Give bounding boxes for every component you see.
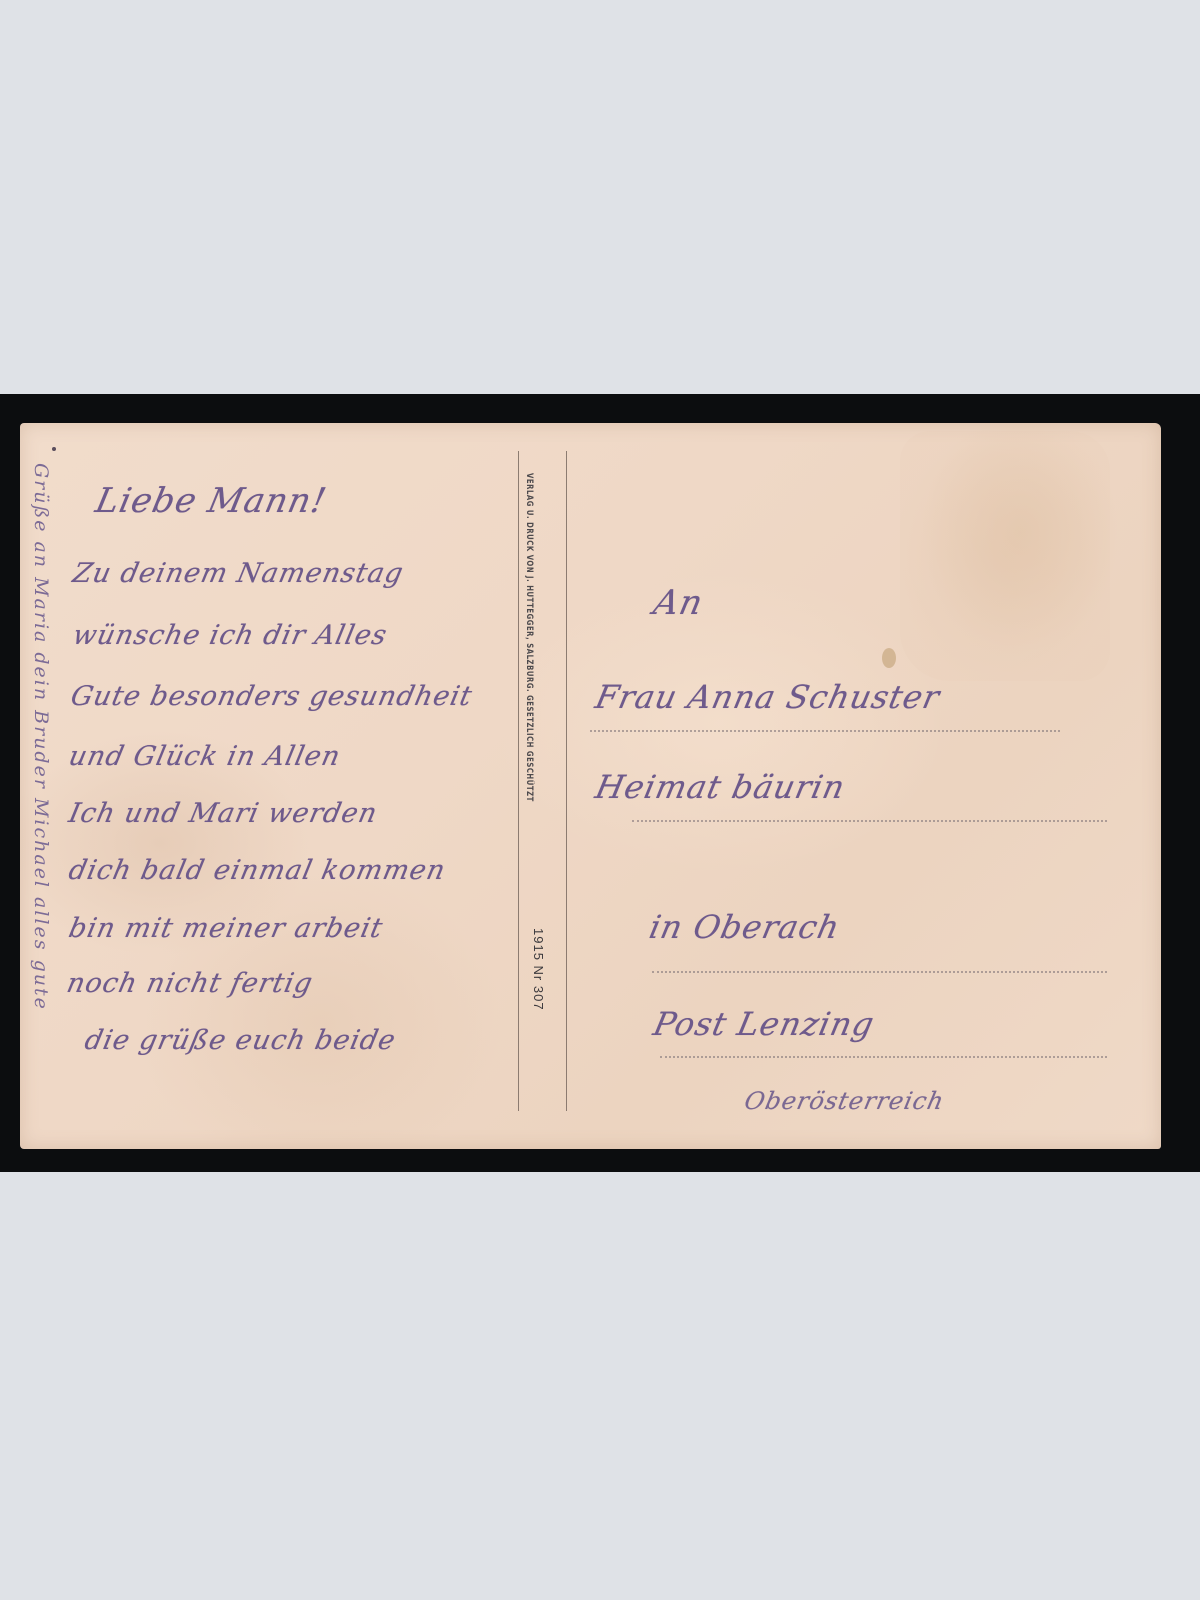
greeting: Liebe Mann! [92,481,330,521]
postcard-back: Grüße an Maria dein Bruder Michael alles… [20,423,1161,1149]
divider-line [518,451,519,1111]
address-line-4: Post Lenzing [650,1005,878,1043]
message-line: wünsche ich dir Alles [70,620,390,651]
message-line: die grüße euch beide [82,1025,399,1056]
message-line: Ich und Mari werden [66,798,381,829]
address-line-2: Heimat bäurin [592,768,849,806]
address-recipient: Frau Anna Schuster [592,678,944,716]
message-line: bin mit meiner arbeit [66,913,386,944]
message-line: noch nicht fertig [64,968,316,999]
series-number: 1915 Nr 307 [531,928,546,1011]
message-line: Gute besonders gesundheit [68,681,475,712]
margin-note-text: Grüße an Maria dein Bruder Michael alles… [30,463,52,1011]
address-prefix: An [650,583,707,623]
address-dotted-line [660,1056,1107,1058]
stamp-area [900,431,1110,681]
publisher-text: VERLAG U. DRUCK VON J. HUTTEGGER, SALZBU… [524,473,534,802]
message-line: dich bald einmal kommen [66,855,449,886]
address-region: Oberösterreich [742,1087,947,1115]
ink-dot [52,447,56,451]
message-line: und Glück in Allen [66,741,344,772]
divider-line [566,451,567,1111]
message-line: Zu deinem Namenstag [70,558,407,589]
stain-mark [882,648,896,668]
address-line-3: in Oberach [646,908,844,946]
address-dotted-line [590,730,1060,732]
address-dotted-line [632,820,1107,822]
address-dotted-line [652,971,1107,973]
